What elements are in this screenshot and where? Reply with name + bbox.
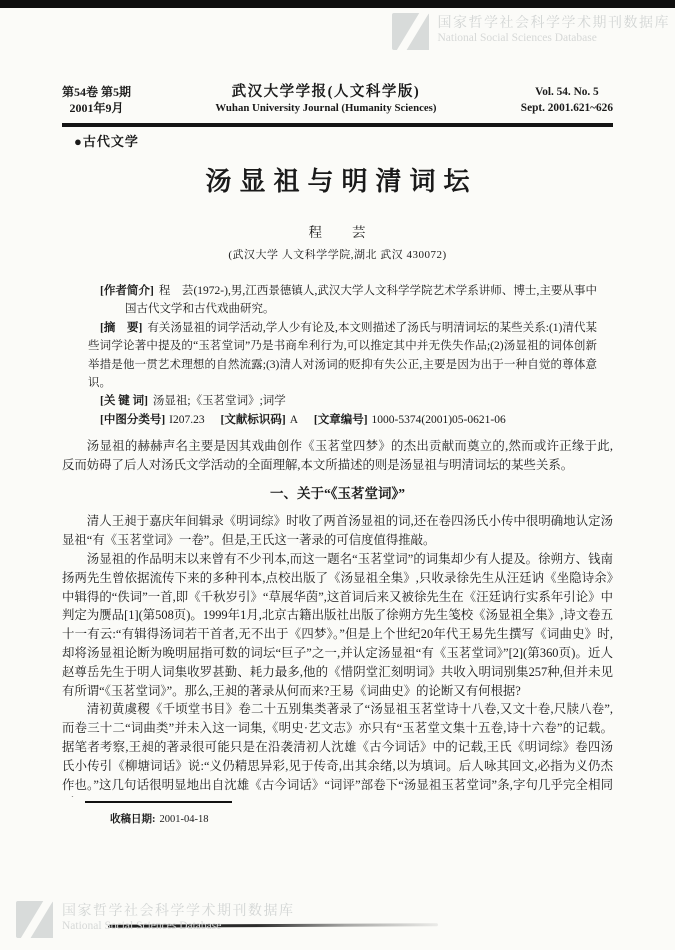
nssd-watermark-top: 国家哲学社会科学学术期刊数据库 National Social Sciences… [392, 13, 671, 50]
scan-edge-bar [0, 0, 675, 8]
vol-no-en: Vol. 54. No. 5 [521, 84, 613, 100]
paragraph: 汤显祖的作品明末以来曾有不少刊本,而这一题名“玉茗堂词”的词集却少有人提及。徐朔… [62, 550, 613, 700]
author-bio-text: 程 芸(1972-),男,江西景德镇人,武汉大学人文科学学院艺术学系讲师、博士,… [125, 285, 597, 315]
article-id-value: 1000-5374(2001)05-0621-06 [372, 414, 506, 426]
received-date-line: 收稿日期:2001-04-18 [110, 811, 209, 826]
date-pages-en: Sept. 2001.621~626 [521, 100, 613, 116]
footnote-divider [85, 801, 232, 803]
header-volume-issue: 第54卷 第5期 2001年9月 [62, 84, 131, 116]
issue-date-cn: 2001年9月 [62, 100, 131, 116]
abstract-text: 有关汤显祖的词学活动,学人少有论及,本文则描述了汤氏与明清词坛的某些关系:(1)… [88, 322, 597, 389]
nssd-logo-icon [16, 901, 53, 938]
classification-line: [中图分类号]I207.23 [文献标识码]A [文章编号]1000-5374(… [88, 411, 597, 429]
doc-code-label: [文献标识码] [221, 414, 286, 426]
paragraph: 清初黄虞稷《千顷堂书目》卷二十五别集类著录了“汤显祖玉茗堂诗十八卷,又文十卷,尺… [62, 700, 613, 797]
received-date-label: 收稿日期: [110, 814, 156, 825]
intro-paragraph: 汤显祖的赫赫声名主要是因其戏曲创作《玉茗堂四梦》的杰出贡献而奠立的,然而或许正缘… [62, 437, 613, 475]
paragraph: 清人王昶于嘉庆年间辑录《明词综》时收了两首汤显祖的词,还在卷四汤氏小传中很明确地… [62, 512, 613, 550]
keywords-label: [关 键 词] [100, 395, 148, 407]
header-vol-no: Vol. 54. No. 5 Sept. 2001.621~626 [521, 84, 613, 116]
journal-title-cn: 武汉大学学报(人文科学版) [215, 84, 436, 101]
journal-page-scan: 国家哲学社会科学学术期刊数据库 National Social Sciences… [0, 0, 675, 950]
author-affiliation: (武汉大学 人文科学学院,湖北 武汉 430072) [0, 246, 675, 262]
received-date-value: 2001-04-18 [160, 814, 209, 825]
journal-header: 第54卷 第5期 2001年9月 武汉大学学报(人文科学版) Wuhan Uni… [62, 84, 613, 127]
article-author: 程 芸 [0, 221, 675, 241]
clc-label: [中图分类号] [100, 414, 165, 426]
section-heading-1: 一、关于“《玉茗堂词》” [62, 485, 613, 504]
watermark-text: 国家哲学社会科学学术期刊数据库 National Social Sciences… [62, 901, 295, 934]
watermark-text: 国家哲学社会科学学术期刊数据库 National Social Sciences… [438, 13, 671, 46]
header-journal-title: 武汉大学学报(人文科学版) Wuhan University Journal (… [215, 84, 436, 116]
doc-code-value: A [290, 414, 298, 426]
author-bio-label: [作者简介] [100, 285, 154, 297]
abstract: [摘 要]有关汤显祖的词学活动,学人少有论及,本文则描述了汤氏与明清词坛的某些关… [88, 319, 597, 393]
article-id-label: [文章编号] [314, 414, 368, 426]
keywords-text: 汤显祖;《玉茗堂词》;词学 [153, 395, 286, 407]
article-body: 汤显祖的赫赫声名主要是因其戏曲创作《玉茗堂四梦》的杰出贡献而奠立的,然而或许正缘… [62, 437, 613, 797]
scan-smudge-artifact [108, 923, 438, 927]
article-meta: [作者简介]程 芸(1972-),男,江西景德镇人,武汉大学人文科学学院艺术学系… [88, 282, 597, 429]
author-bio: [作者简介]程 芸(1972-),男,江西景德镇人,武汉大学人文科学学院艺术学系… [88, 282, 597, 319]
watermark-en: National Social Sciences Database [438, 31, 671, 46]
keywords: [关 键 词]汤显祖;《玉茗堂词》;词学 [88, 392, 597, 410]
abstract-label: [摘 要] [100, 322, 142, 334]
clc-value: I207.23 [169, 414, 204, 426]
volume-issue: 第54卷 第5期 [62, 84, 131, 100]
watermark-cn: 国家哲学社会科学学术期刊数据库 [438, 13, 671, 31]
journal-title-en: Wuhan University Journal (Humanity Scien… [215, 101, 436, 116]
watermark-cn: 国家哲学社会科学学术期刊数据库 [62, 901, 295, 919]
article-title: 汤显祖与明清词坛 [0, 161, 675, 198]
category-label: ●古代文学 [74, 131, 139, 150]
nssd-logo-icon [392, 13, 429, 50]
nssd-watermark-bottom: 国家哲学社会科学学术期刊数据库 National Social Sciences… [16, 901, 295, 938]
